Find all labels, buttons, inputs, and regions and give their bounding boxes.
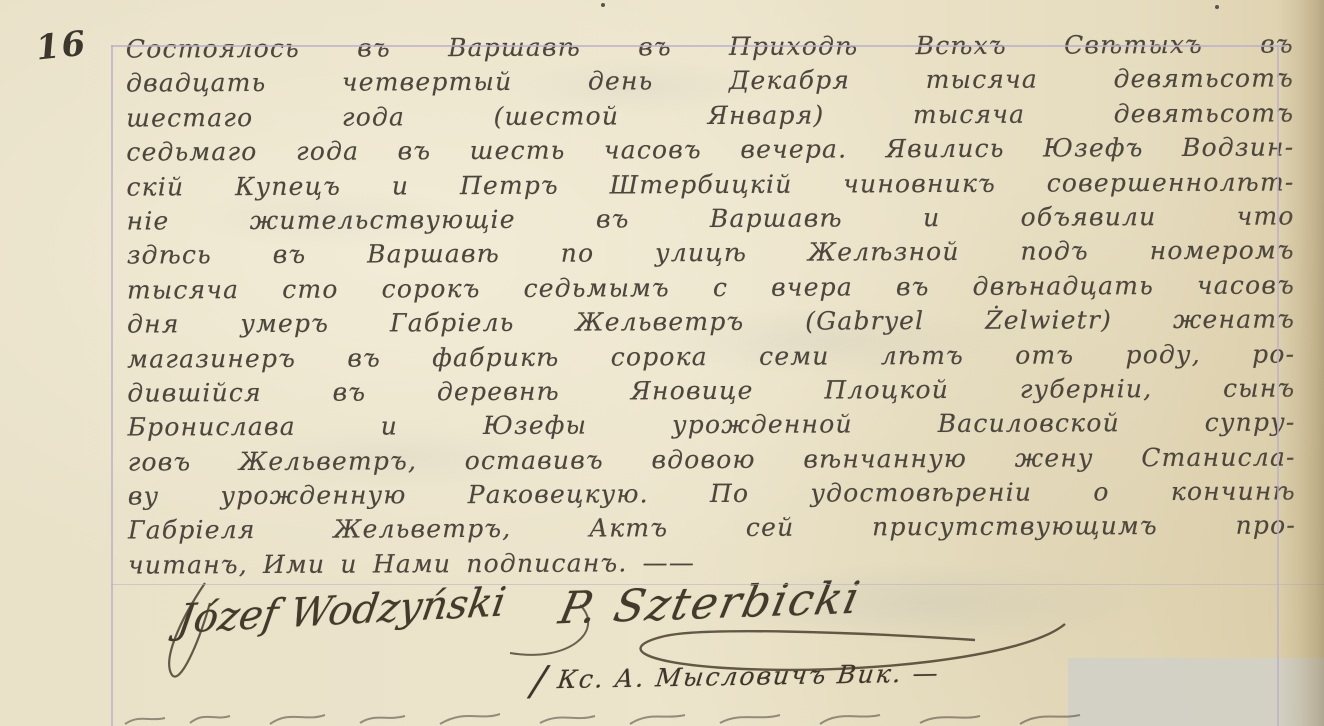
body-line: читанъ, Ими и Нами подписанъ. —— [128, 543, 1296, 582]
ruled-line-left [111, 45, 113, 726]
body-line: дня умеръ Габріель Жельветръ (Gabryel Że… [127, 303, 1295, 342]
document-scan: 16 Состоялось въ Варшавѣ въ Приходѣ Всѣх… [0, 0, 1324, 726]
body-line: шестаго года (шестой Января) тысяча девя… [126, 96, 1294, 135]
body-line: Габріеля Жельветръ, Актъ сей присутствую… [128, 509, 1296, 548]
official-signature: /Кс. А. Мысловичъ Вик. — [529, 651, 942, 704]
body-line: магазинеръ въ фабрикѣ сорока семи лѣтъ о… [127, 337, 1295, 376]
ink-speck [1215, 5, 1219, 9]
body-line: дившійся въ деревнѣ Яновице Плоцкой губе… [127, 371, 1295, 410]
margin-record-number: 16 [34, 23, 89, 68]
body-line: Состоялось въ Варшавѣ въ Приходѣ Всѣхъ С… [126, 27, 1294, 66]
signature-declarant-1: Józef Wodzyński [175, 579, 509, 643]
body-line: тысяча сто сорокъ седьмымъ с вчера въ дв… [127, 268, 1295, 307]
body-line: скій Купецъ и Петръ Штербицкій чиновникъ… [126, 165, 1294, 204]
signature-declarant-2: P. Szterbicki [555, 573, 866, 635]
ink-speck [601, 3, 605, 7]
body-line: Бронислава и Юзефы урожденной Василовско… [127, 406, 1295, 445]
official-signature-text: Кс. А. Мысловичъ Вик. — [556, 658, 942, 694]
ruled-line-signature-row [111, 584, 1324, 585]
body-line: седьмаго года въ шесть часовъ вечера. Яв… [126, 131, 1294, 170]
body-line: ніе жительствующіе въ Варшавѣ и объявили… [127, 199, 1295, 238]
scan-artifact-rectangle [1068, 658, 1324, 726]
ruled-line-top [111, 45, 1287, 47]
body-line: говъ Жельветръ, оставивъ вдовою вѣнчанну… [128, 440, 1296, 479]
body-line: двадцать четвертый день Декабря тысяча д… [126, 62, 1294, 101]
official-signature-flourish: / [529, 658, 550, 704]
body-line: ву урожденную Раковецкую. По удостовѣрен… [128, 475, 1296, 514]
next-record-partial-line [120, 706, 1120, 726]
record-body: Состоялось въ Варшавѣ въ Приходѣ Всѣхъ С… [126, 27, 1296, 582]
body-line: здѣсь въ Варшавѣ по улицѣ Желѣзной подъ … [127, 234, 1295, 273]
ruled-line-right [1277, 45, 1279, 726]
